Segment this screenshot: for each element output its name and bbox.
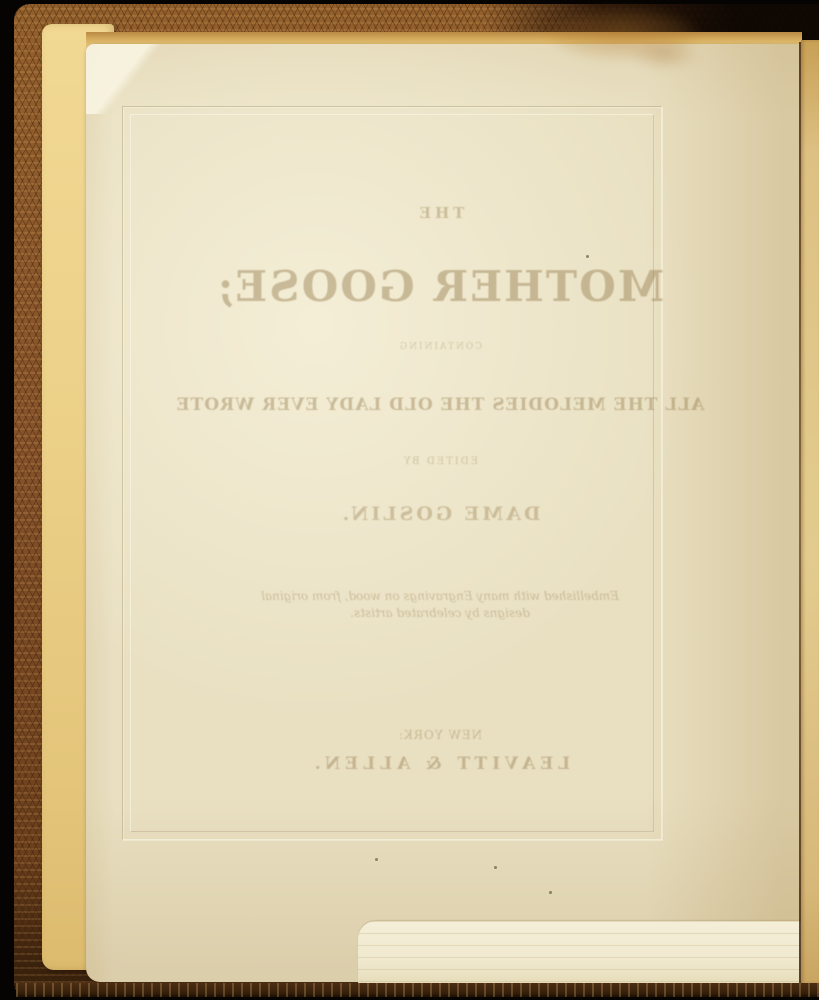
ink-speck bbox=[549, 891, 552, 894]
bleed-the: THE bbox=[171, 204, 709, 222]
bleedthrough-title-page-text: THE MOTHER GOOSE; CONTAINING ALL THE MEL… bbox=[171, 150, 709, 884]
bleed-city: NEW YORK: bbox=[171, 728, 709, 742]
bleed-title: MOTHER GOOSE; bbox=[171, 262, 709, 311]
bleed-containing: CONTAINING bbox=[171, 342, 709, 352]
ink-speck bbox=[586, 255, 589, 258]
book-scan-photo: THE MOTHER GOOSE; CONTAINING ALL THE MEL… bbox=[0, 0, 819, 1000]
page-corner-fold bbox=[86, 44, 196, 114]
ink-speck bbox=[494, 866, 497, 869]
page-stack-edges bbox=[358, 921, 802, 985]
bleed-edited-by: EDITED BY bbox=[171, 456, 709, 467]
bleed-publisher: LEAVITT & ALLEN. bbox=[171, 754, 709, 774]
page-strip-right-of-crease bbox=[801, 40, 819, 984]
bleed-subtitle: ALL THE MELODIES THE OLD LADY EVER WROTE bbox=[171, 395, 709, 415]
bottom-cover-strip bbox=[16, 983, 819, 997]
ink-speck bbox=[375, 858, 378, 861]
bleed-author: DAME GOSLIN. bbox=[171, 503, 709, 525]
bleed-note-line1: Embellished with many Engravings on wood… bbox=[171, 589, 709, 603]
foxing-stain-top-right-2 bbox=[630, 40, 700, 70]
bleed-note-line2: designs by celebrated artists. bbox=[171, 606, 709, 620]
